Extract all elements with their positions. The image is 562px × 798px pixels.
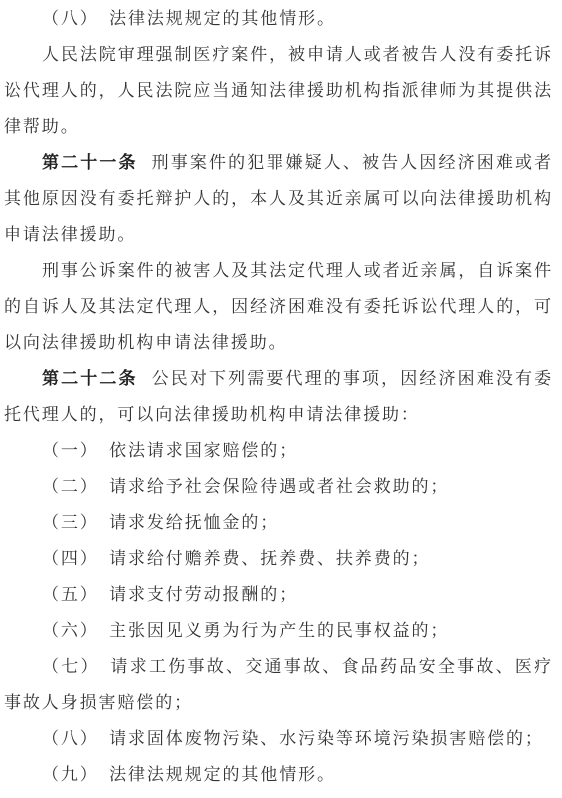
list-item: （七） 请求工伤事故、交通事故、食品药品安全事故、医疗事故人身损害赔偿的； [4,649,553,721]
paragraph-text: （六） 主张因见义勇为行为产生的民事权益的； [42,621,449,640]
paragraph-text: （七） 请求工伤事故、交通事故、食品药品安全事故、医疗事故人身损害赔偿的； [4,657,553,712]
article-paragraph: 第二十二条公民对下列需要代理的事项，因经济困难没有委托代理人的，可以向法律援助机… [4,361,553,433]
paragraph: 刑事公诉案件的被害人及其法定代理人或者近亲属，自诉案件的自诉人及其法定代理人，因… [4,253,553,361]
paragraph-text: 刑事公诉案件的被害人及其法定代理人或者近亲属，自诉案件的自诉人及其法定代理人，因… [4,261,553,352]
paragraph-text: 人民法院审理强制医疗案件，被申请人或者被告人没有委托诉讼代理人的，人民法院应当通… [4,45,553,136]
list-item: （九） 法律法规规定的其他情形。 [4,757,553,793]
paragraph-text: （八） 请求固体废物污染、水污染等环境污染损害赔偿的； [42,729,544,748]
list-item: （八） 法律法规规定的其他情形。 [4,1,553,37]
list-item: （八） 请求固体废物污染、水污染等环境污染损害赔偿的； [4,721,553,757]
paragraph-text: （五） 请求支付劳动报酬的； [42,585,298,604]
list-item: （二） 请求给予社会保险待遇或者社会救助的； [4,469,553,505]
paragraph: 人民法院审理强制医疗案件，被申请人或者被告人没有委托诉讼代理人的，人民法院应当通… [4,37,553,145]
article-paragraph: 第二十一条刑事案件的犯罪嫌疑人、被告人因经济困难或者其他原因没有委托辩护人的，本… [4,145,553,253]
document-body: （八） 法律法规规定的其他情形。人民法院审理强制医疗案件，被申请人或者被告人没有… [4,1,553,793]
paragraph-text: （八） 法律法规规定的其他情形。 [42,9,336,28]
paragraph-text: （二） 请求给予社会保险待遇或者社会救助的； [42,477,449,496]
list-item: （六） 主张因见义勇为行为产生的民事权益的； [4,613,553,649]
list-item: （五） 请求支付劳动报酬的； [4,577,553,613]
list-item: （一） 依法请求国家赔偿的； [4,433,553,469]
paragraph-text: （三） 请求发给抚恤金的； [42,513,279,532]
document-page: （八） 法律法规规定的其他情形。人民法院审理强制医疗案件，被申请人或者被告人没有… [0,0,562,798]
article-number: 第二十一条 [42,153,138,172]
list-item: （四） 请求给付赡养费、抚养费、扶养费的； [4,541,553,577]
paragraph-text: （九） 法律法规规定的其他情形。 [42,765,336,784]
article-number: 第二十二条 [42,369,138,388]
list-item: （三） 请求发给抚恤金的； [4,505,553,541]
paragraph-text: （四） 请求给付赡养费、抚养费、扶养费的； [42,549,430,568]
paragraph-text: （一） 依法请求国家赔偿的； [42,441,298,460]
